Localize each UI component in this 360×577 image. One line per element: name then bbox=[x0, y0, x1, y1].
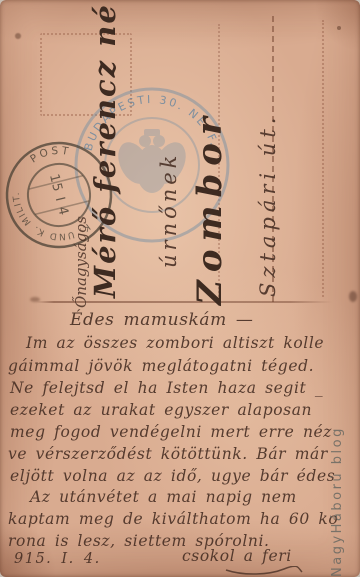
message-line: kaptam meg de kiválthatom ha 60 ko bbox=[8, 510, 338, 528]
signature-name: a feri bbox=[244, 547, 292, 565]
signature-prefix: csokol bbox=[182, 547, 235, 565]
address-ruling-line bbox=[322, 20, 324, 297]
message-line: meg fogod vendégelni mert erre néz bbox=[10, 423, 332, 441]
postcard-back: BUDAPESTI 30. NÉPF. POST K. UND K. MILIT… bbox=[0, 0, 360, 577]
message-line: Ne felejtsd el ha Isten haza segit _ bbox=[10, 379, 323, 397]
signature-flourish bbox=[224, 566, 304, 576]
message-line: gáimmal jövök meglátogatni téged. bbox=[8, 357, 314, 375]
message-date: 915. I. 4. bbox=[14, 551, 101, 567]
address-street: Sztapári út. bbox=[255, 113, 281, 297]
message-line: Im az összes zombori altiszt kolle bbox=[26, 334, 324, 352]
address-name: Mérő ferencz né bbox=[88, 3, 122, 298]
stain bbox=[349, 291, 357, 302]
watermark-text: NagyHáború blog bbox=[331, 426, 345, 577]
message-line: ve vérszerződést kötöttünk. Bár már bbox=[8, 445, 328, 463]
address-city: Zombor bbox=[190, 109, 230, 305]
stain bbox=[30, 297, 40, 302]
message-line: eljött volna az az idő, ugye bár édes bbox=[10, 467, 335, 485]
message-line: Az utánvétet a mai napig nem bbox=[30, 488, 297, 506]
message-salutation: Édes mamuskám — bbox=[70, 310, 254, 330]
stain bbox=[337, 26, 341, 30]
message-line: ezeket az urakat egyszer alaposan bbox=[10, 401, 312, 419]
address-title: úrnőnek bbox=[156, 152, 182, 268]
stain bbox=[15, 33, 21, 39]
